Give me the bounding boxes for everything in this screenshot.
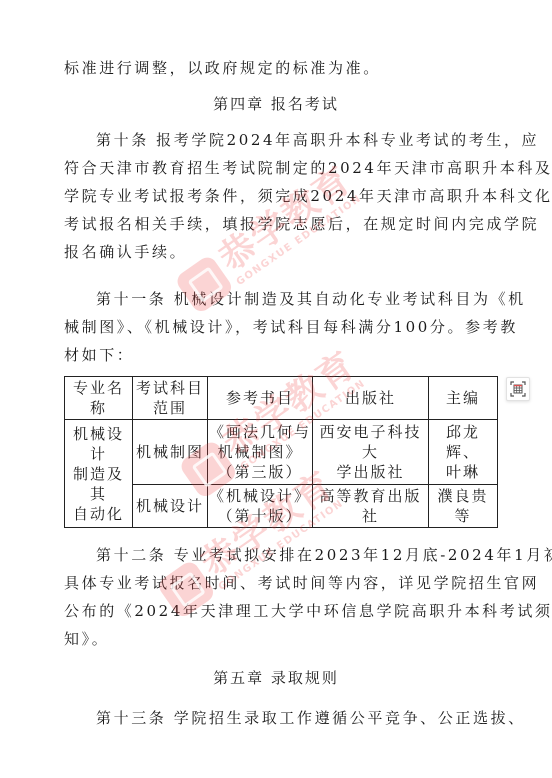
article-11-line: 第十一条 机械设计制造及其自动化专业考试科目为《机 — [96, 289, 528, 309]
article-10-line: 学院专业考试报考条件，须完成2024年天津市高职升本科文化 — [64, 186, 496, 206]
article-10-line: 符合天津市教育招生考试院制定的2024年天津市高职升本科及 — [64, 158, 496, 178]
table-extract-icon — [510, 381, 526, 397]
table-header-row: 专业名称 考试科目范围 参考书目 出版社 主编 — [65, 377, 498, 420]
header-cell: 出版社 — [313, 377, 429, 420]
article-13-line: 第十三条 学院招生录取工作遵循公平竞争、公正选拔、 — [96, 708, 528, 728]
article-12-line: 第十二条 专业考试拟安排在2023年12月底-2024年1月初。 — [96, 545, 528, 565]
editor-cell: 濮良贵等 — [429, 485, 498, 528]
article-10-line: 第十条 报考学院2024年高职升本科专业考试的考生，应 — [96, 130, 528, 150]
reference-books-table: 专业名称 考试科目范围 参考书目 出版社 主编 机械设计 制造及其 自动化 机械… — [64, 376, 498, 528]
editor-cell: 邱龙辉、 叶琳 — [429, 420, 498, 485]
article-12-line: 知》。 — [64, 629, 496, 649]
article-11-line: 械制图》、《机械设计》，考试科目每科满分100分。参考教 — [64, 317, 496, 337]
header-cell: 考试科目范围 — [133, 377, 208, 420]
publisher-cell: 高等教育出版社 — [313, 485, 429, 528]
chapter-heading: 第五章 录取规则 — [0, 668, 552, 688]
header-cell: 参考书目 — [208, 377, 313, 420]
article-10-line: 报名确认手续。 — [64, 242, 496, 262]
article-12-line: 公布的《2024年天津理工大学中环信息学院高职升本科考试须 — [64, 601, 496, 621]
article-12-line: 具体专业考试报名时间、考试时间等内容，详见学院招生官网 — [64, 573, 496, 593]
chapter-heading: 第四章 报名考试 — [0, 94, 552, 114]
header-cell: 主编 — [429, 377, 498, 420]
book-cell: 《机械设计》 （第十版） — [208, 485, 313, 528]
subject-cell: 机械设计 — [133, 485, 208, 528]
table-row: 机械设计 制造及其 自动化 机械制图 《画法几何与 机械制图》 （第三版） 西安… — [65, 420, 498, 485]
paragraph-line: 标准进行调整，以政府规定的标准为准。 — [64, 58, 496, 78]
article-10-line: 考试报名相关手续，填报学院志愿后，在规定时间内完成学院 — [64, 214, 496, 234]
table-extract-button[interactable] — [506, 377, 530, 401]
subject-cell: 机械制图 — [133, 420, 208, 485]
article-11-line: 材如下： — [64, 345, 496, 365]
book-cell: 《画法几何与 机械制图》 （第三版） — [208, 420, 313, 485]
publisher-cell: 西安电子科技大 学出版社 — [313, 420, 429, 485]
document-page: 标准进行调整，以政府规定的标准为准。 第四章 报名考试 第十条 报考学院2024… — [0, 0, 552, 778]
major-cell: 机械设计 制造及其 自动化 — [65, 420, 133, 528]
header-cell: 专业名称 — [65, 377, 133, 420]
